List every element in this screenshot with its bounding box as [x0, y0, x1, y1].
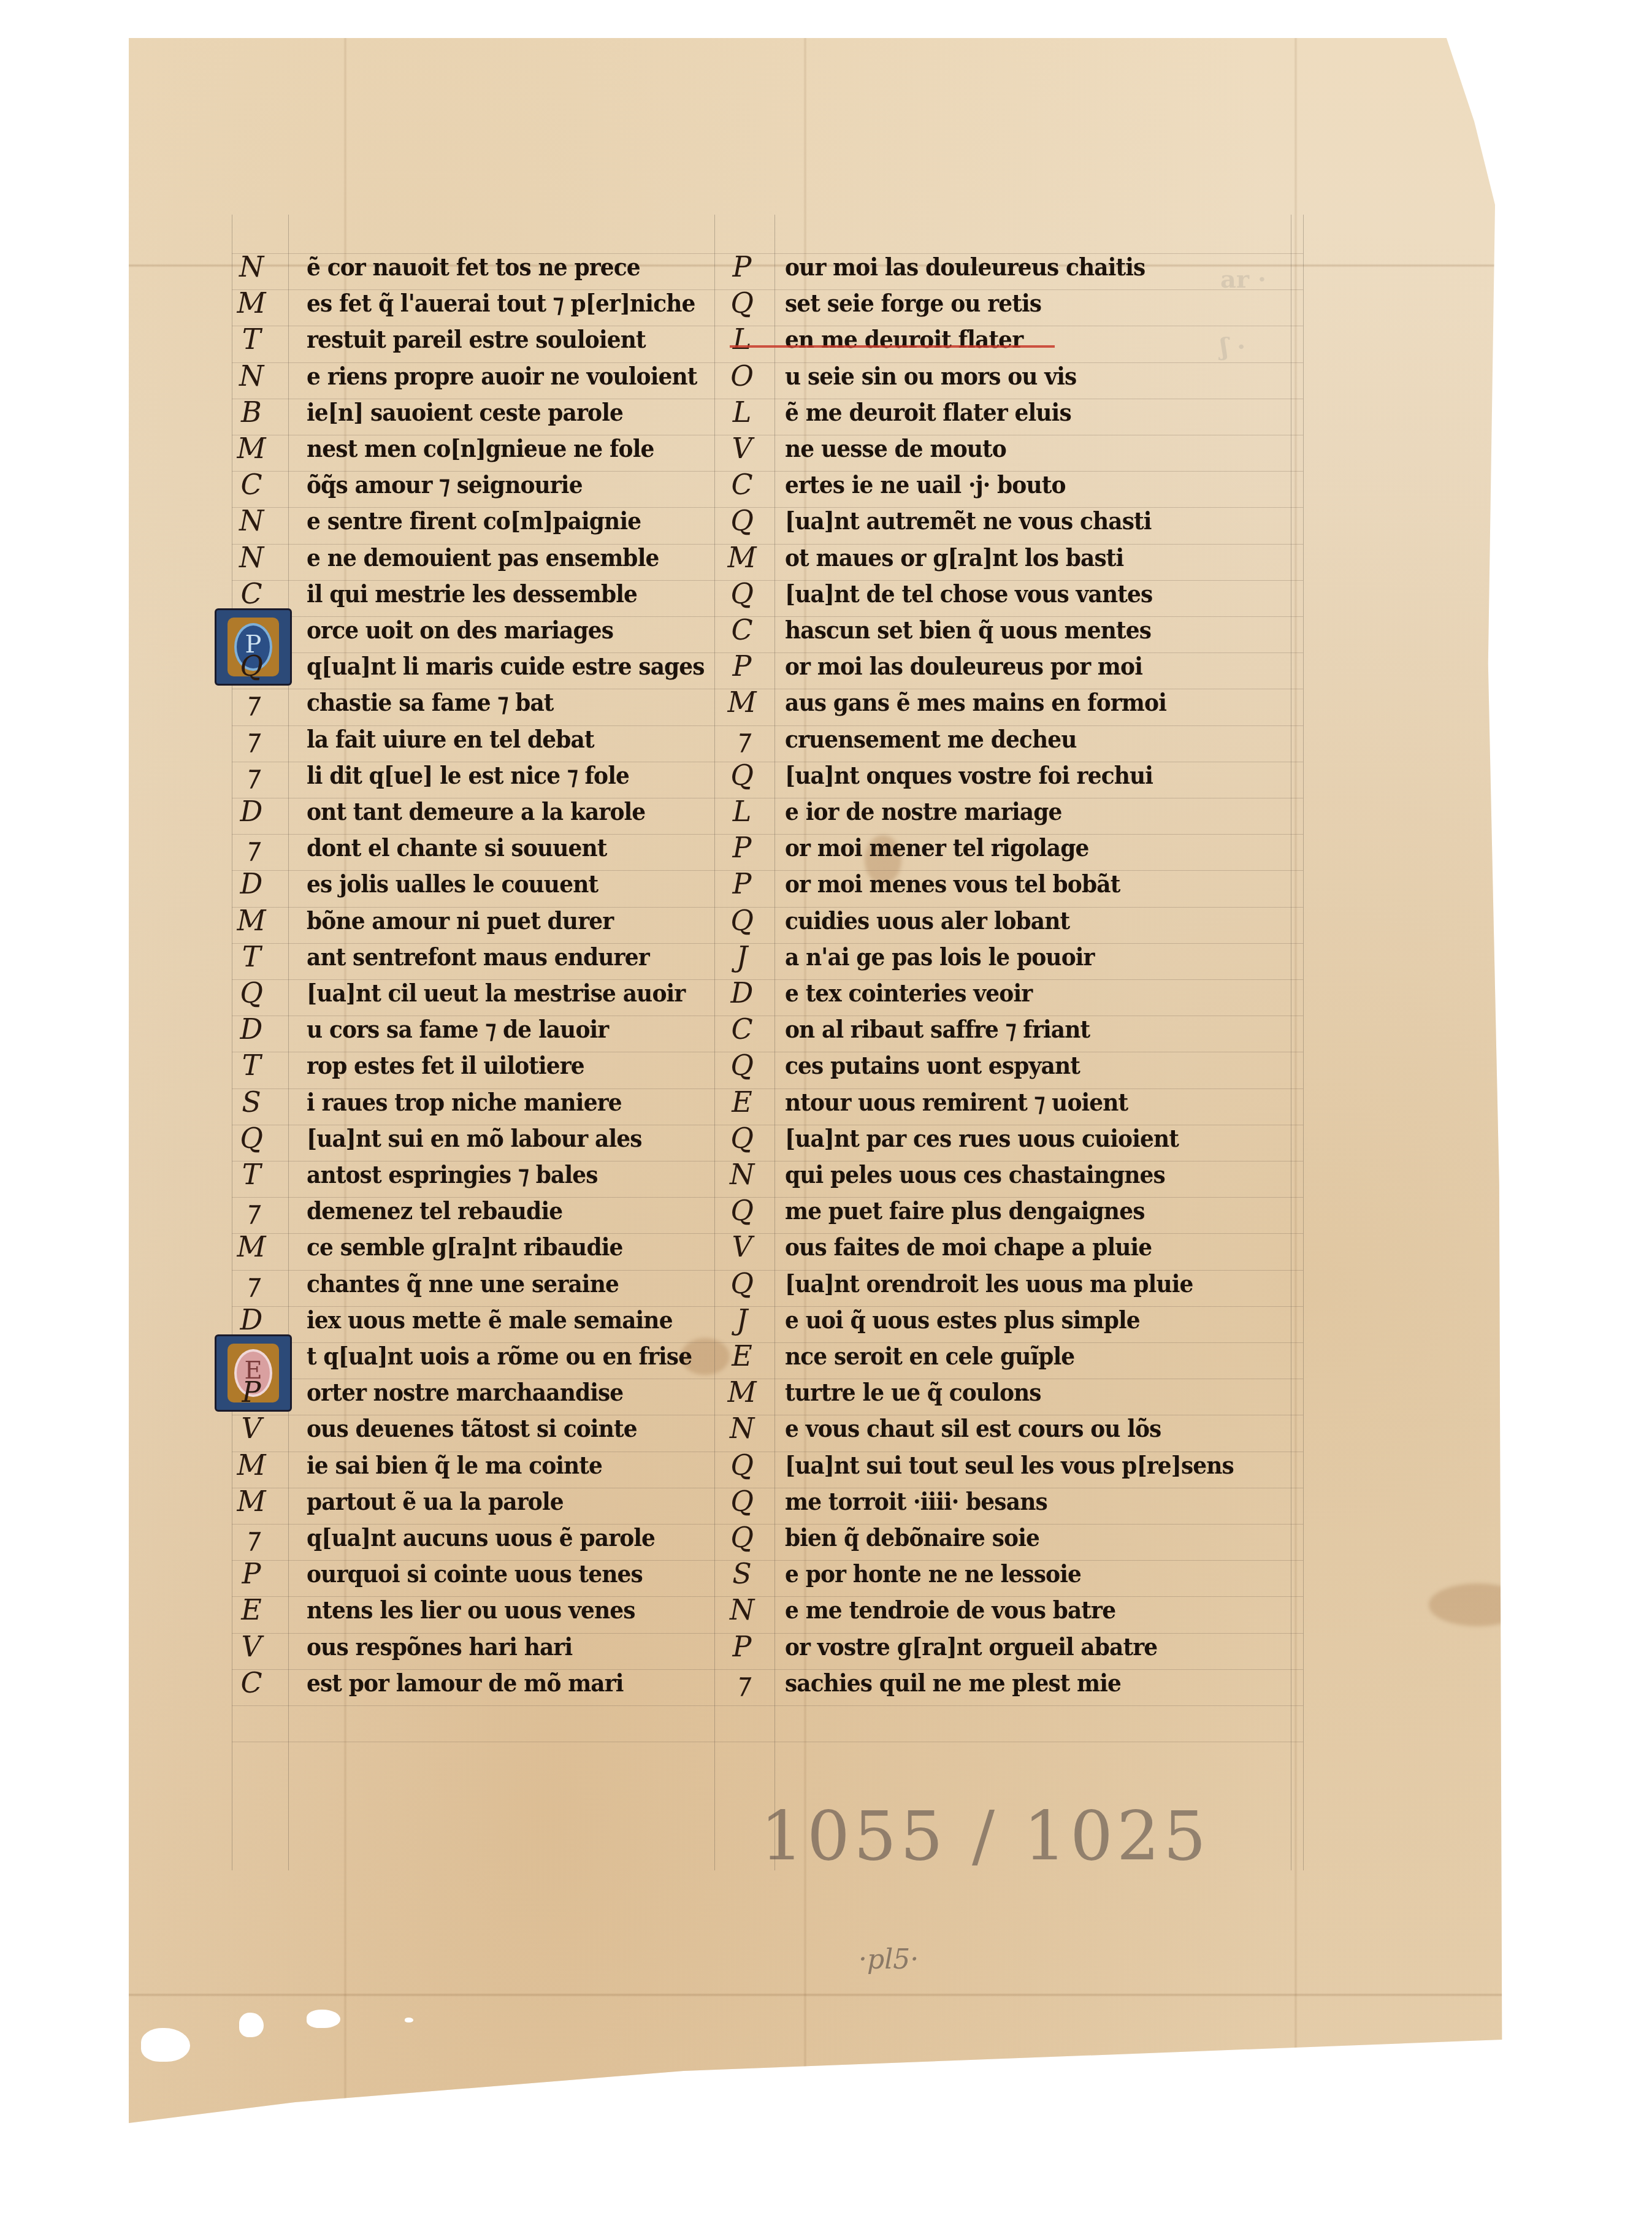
verse-line: en me deuroit flater — [785, 321, 1023, 357]
line-initial: N — [724, 1593, 760, 1627]
verse-line: ne uesse de mouto — [785, 430, 1006, 466]
line-initial: M — [233, 1484, 270, 1518]
line-initial: E — [233, 1593, 270, 1627]
verse-line: [ua]nt sui en mõ labour ales — [307, 1120, 642, 1156]
verse-line: on al ribaut saffre ⁊ friant — [785, 1011, 1090, 1047]
verse-line: ces putains uont espyant — [785, 1047, 1080, 1083]
verse-line: cuidies uous aler lobant — [785, 902, 1069, 938]
line-initial: N — [233, 359, 270, 393]
verse-line: õq̃s amour ⁊ seignourie — [307, 466, 583, 502]
verse-line: e me tendroie de vous batre — [785, 1591, 1115, 1628]
line-initial: E — [724, 1085, 760, 1119]
line-initial: Q — [233, 976, 270, 1010]
verse-line: restuit pareil estre souloient — [307, 321, 646, 357]
verse-line: li dit q[ue] le est nice ⁊ fole — [307, 757, 629, 793]
line-initial: S — [233, 1085, 270, 1119]
line-initial: Q — [724, 1193, 760, 1228]
line-initial: P — [724, 1629, 760, 1664]
pencil-shelfmark: 1055 / 1025 — [760, 1797, 1210, 1875]
verse-line: our moi las douleureus chaitis — [785, 248, 1145, 285]
verse-line: ie sai bien q̃ le ma cointe — [307, 1447, 602, 1483]
line-initial: D — [724, 976, 760, 1010]
stain — [1429, 1583, 1527, 1626]
verse-line: [ua]nt onques vostre foi rechui — [785, 757, 1153, 793]
verse-line: sachies quil ne me plest mie — [785, 1664, 1121, 1701]
line-initial: M — [724, 685, 760, 719]
pencil-note: ·pl5· — [859, 1944, 919, 1975]
verse-line: [ua]nt orendroit les uous ma pluie — [785, 1265, 1193, 1301]
line-initial: M — [724, 1375, 760, 1409]
ruling-line — [232, 1705, 1303, 1706]
line-initial: S — [724, 1556, 760, 1591]
verse-line: or moi menes vous tel bobãt — [785, 865, 1120, 901]
line-initial: V — [724, 431, 760, 465]
line-initial: P — [724, 830, 760, 865]
line-initial: M — [724, 540, 760, 575]
verse-line: set seie forge ou retis — [785, 285, 1041, 321]
verse-line: bien q̃ debõnaire soie — [785, 1519, 1039, 1555]
line-initial: ⁊ — [233, 1266, 270, 1301]
verse-line: me puet faire plus dengaignes — [785, 1192, 1145, 1228]
line-initial: Q — [724, 1484, 760, 1518]
line-initial: P — [724, 250, 760, 284]
verse-line: [ua]nt autremẽt ne vous chasti — [785, 502, 1152, 538]
verse-line: nce seroit en cele guĩple — [785, 1337, 1074, 1374]
line-initial: M — [233, 431, 270, 465]
line-initial: J — [724, 1303, 760, 1337]
line-initial: T — [233, 1157, 270, 1192]
verse-line: dont el chante si souuent — [307, 829, 607, 865]
verse-line: or vostre g[ra]nt orgueil abatre — [785, 1628, 1157, 1664]
verse-line: u cors sa fame ⁊ de lauoir — [307, 1011, 608, 1047]
verse-line: t q[ua]nt uois a rõme ou en frise — [307, 1337, 692, 1374]
verse-line: ie[n] sauoient ceste parole — [307, 394, 623, 430]
verse-line: antost espringies ⁊ bales — [307, 1156, 598, 1192]
verse-line: ntour uous remirent ⁊ uoient — [785, 1084, 1128, 1120]
line-initial: Q — [724, 1048, 760, 1082]
line-initial: M — [233, 903, 270, 938]
line-initial: V — [233, 1411, 270, 1445]
line-initial: P — [724, 867, 760, 901]
verse-line: orter nostre marchaandise — [307, 1374, 623, 1410]
ruling-line — [288, 215, 289, 1870]
verse-line: [ua]nt par ces rues uous cuioient — [785, 1120, 1179, 1156]
verse-line: [ua]nt cil ueut la mestrise auoir — [307, 974, 685, 1011]
verse-line: ot maues or g[ra]nt los basti — [785, 539, 1123, 575]
red-strikethrough — [730, 345, 1055, 348]
line-initial: L — [724, 322, 760, 356]
line-initial: D — [233, 794, 270, 828]
verse-line: e uoi q̃ uous estes plus simple — [785, 1301, 1140, 1337]
hole — [307, 2010, 340, 2028]
line-initial: V — [724, 1230, 760, 1264]
line-initial: ⁊ — [233, 1520, 270, 1555]
line-initial: N — [233, 540, 270, 575]
verse-line: il qui mestrie les dessemble — [307, 575, 637, 611]
ruling-line — [232, 215, 232, 1870]
verse-line: ertes ie ne uail ·j· bouto — [785, 466, 1066, 502]
line-initial: ⁊ — [724, 722, 760, 756]
verse-line: hascun set bien q̃ uous mentes — [785, 611, 1151, 648]
line-initial: P — [724, 649, 760, 683]
verse-line: ant sentrefont maus endurer — [307, 938, 649, 974]
verse-line: ntens les lier ou uous venes — [307, 1591, 635, 1628]
verse-line: or moi las douleureus por moi — [785, 648, 1142, 684]
verse-line: ẽ cor nauoit fet tos ne prece — [307, 248, 640, 285]
verse-line: [ua]nt sui tout seul les vous p[re]sens — [785, 1447, 1234, 1483]
ruling-line — [232, 1742, 1303, 1742]
line-initial: N — [724, 1157, 760, 1192]
verse-line: turtre le ue q̃ coulons — [785, 1374, 1041, 1410]
verse-line: me torroit ·iiii· besans — [785, 1483, 1047, 1519]
line-initial: N — [233, 503, 270, 538]
verse-line: iex uous mette ẽ male semaine — [307, 1301, 673, 1337]
verse-line: ous faites de moi chape a pluie — [785, 1228, 1152, 1265]
verse-line: ont tant demeure a la karole — [307, 793, 645, 829]
verse-line: i raues trop niche maniere — [307, 1084, 622, 1120]
line-initial: Q — [724, 758, 760, 792]
line-initial: Q — [724, 1448, 760, 1482]
verse-line: chantes q̃ nne une seraine — [307, 1265, 619, 1301]
line-initial: M — [233, 1230, 270, 1264]
verse-line: bõne amour ni puet durer — [307, 902, 613, 938]
verse-line: e vous chaut sil est cours ou lõs — [785, 1410, 1161, 1446]
verse-line: nest men co[n]gnieue ne fole — [307, 430, 654, 466]
line-initial: M — [233, 1448, 270, 1482]
verse-line: demenez tel rebaudie — [307, 1192, 562, 1228]
line-initial: C — [233, 1666, 270, 1700]
line-initial: C — [724, 613, 760, 647]
hole — [405, 2018, 413, 2022]
verse-line: es jolis ualles le couuent — [307, 865, 598, 901]
verse-line: e sentre firent co[m]paignie — [307, 502, 641, 538]
verse-line: e ne demouient pas ensemble — [307, 539, 659, 575]
verse-line: e por honte ne ne lessoie — [785, 1555, 1081, 1591]
ruling-line — [1291, 215, 1291, 1870]
line-initial: O — [724, 359, 760, 393]
line-initial: ⁊ — [724, 1666, 760, 1700]
verse-line: q[ua]nt li maris cuide estre sages — [307, 648, 705, 684]
line-initial: Q — [724, 1121, 760, 1155]
verse-line: e ior de nostre mariage — [785, 793, 1061, 829]
line-initial: ⁊ — [233, 830, 270, 865]
line-initial: C — [724, 467, 760, 502]
vertical-fold — [1294, 38, 1298, 2123]
verse-line: est por lamour de mõ mari — [307, 1664, 624, 1701]
line-initial: T — [233, 1048, 270, 1082]
line-initial: M — [233, 286, 270, 320]
verse-line: partout ẽ ua la parole — [307, 1483, 564, 1519]
verse-line: ous respõnes hari hari — [307, 1628, 572, 1664]
line-initial: Q — [724, 286, 760, 320]
line-initial: ⁊ — [233, 722, 270, 756]
line-initial: B — [233, 395, 270, 429]
bottom-fold — [129, 1993, 1516, 1997]
hole — [141, 2028, 190, 2062]
verse-line: ous deuenes tãtost si cointe — [307, 1410, 637, 1446]
verse-line: or moi mener tel rigolage — [785, 829, 1089, 865]
verse-line: e riens propre auoir ne vouloient — [307, 358, 697, 394]
verse-line: cruensement me decheu — [785, 721, 1077, 757]
verse-line: [ua]nt de tel chose vous vantes — [785, 575, 1152, 611]
verse-line: ẽ me deuroit flater eluis — [785, 394, 1071, 430]
verse-line: rop estes fet il uilotiere — [307, 1047, 584, 1083]
line-initial: D — [233, 867, 270, 901]
verse-line: e tex cointeries veoir — [785, 974, 1032, 1011]
line-initial: P — [233, 1375, 270, 1409]
offset-show-through: ʃ · — [1220, 332, 1245, 361]
line-initial: T — [233, 322, 270, 356]
ruling-line — [714, 215, 715, 1870]
verse-line: es fet q̃ l'auerai tout ⁊ p[er]niche — [307, 285, 695, 321]
verse-line: ourquoi si cointe uous tenes — [307, 1555, 643, 1591]
line-initial: D — [233, 1303, 270, 1337]
verse-line: chastie sa fame ⁊ bat — [307, 684, 554, 720]
ruling-line — [1303, 215, 1304, 1870]
verse-line: a n'ai ge pas lois le pouoir — [785, 938, 1095, 974]
hole — [239, 2013, 264, 2037]
line-initial: Q — [724, 1520, 760, 1555]
line-initial: ⁊ — [233, 685, 270, 719]
verse-line: orce uoit on des mariages — [307, 611, 613, 648]
line-initial: Q — [233, 649, 270, 683]
line-initial: T — [233, 939, 270, 974]
line-initial: C — [724, 1012, 760, 1046]
line-initial: V — [233, 1629, 270, 1664]
verse-line: u seie sin ou mors ou vis — [785, 358, 1076, 394]
line-initial: L — [724, 794, 760, 828]
line-initial: Q — [724, 903, 760, 938]
line-initial: Q — [724, 1266, 760, 1301]
line-initial: N — [724, 1411, 760, 1445]
verse-line: aus gans ẽ mes mains en formoi — [785, 684, 1166, 720]
line-initial: C — [233, 467, 270, 502]
line-initial: ⁊ — [233, 1193, 270, 1228]
line-initial: N — [233, 250, 270, 284]
line-initial: Q — [724, 503, 760, 538]
line-initial: J — [724, 939, 760, 974]
verse-line: q[ua]nt aucuns uous ẽ parole — [307, 1519, 655, 1555]
line-initial: ⁊ — [233, 758, 270, 792]
line-initial: Q — [233, 1121, 270, 1155]
line-initial: E — [724, 1339, 760, 1373]
line-initial: C — [233, 576, 270, 611]
line-initial: Q — [724, 576, 760, 611]
line-initial: D — [233, 1012, 270, 1046]
ruling-line — [774, 215, 775, 1870]
verse-line: ce semble g[ra]nt ribaudie — [307, 1228, 622, 1265]
verse-line: la fait uiure en tel debat — [307, 721, 594, 757]
line-initial: P — [233, 1556, 270, 1591]
line-initial: L — [724, 395, 760, 429]
verse-line: qui peles uous ces chastaingnes — [785, 1156, 1165, 1192]
